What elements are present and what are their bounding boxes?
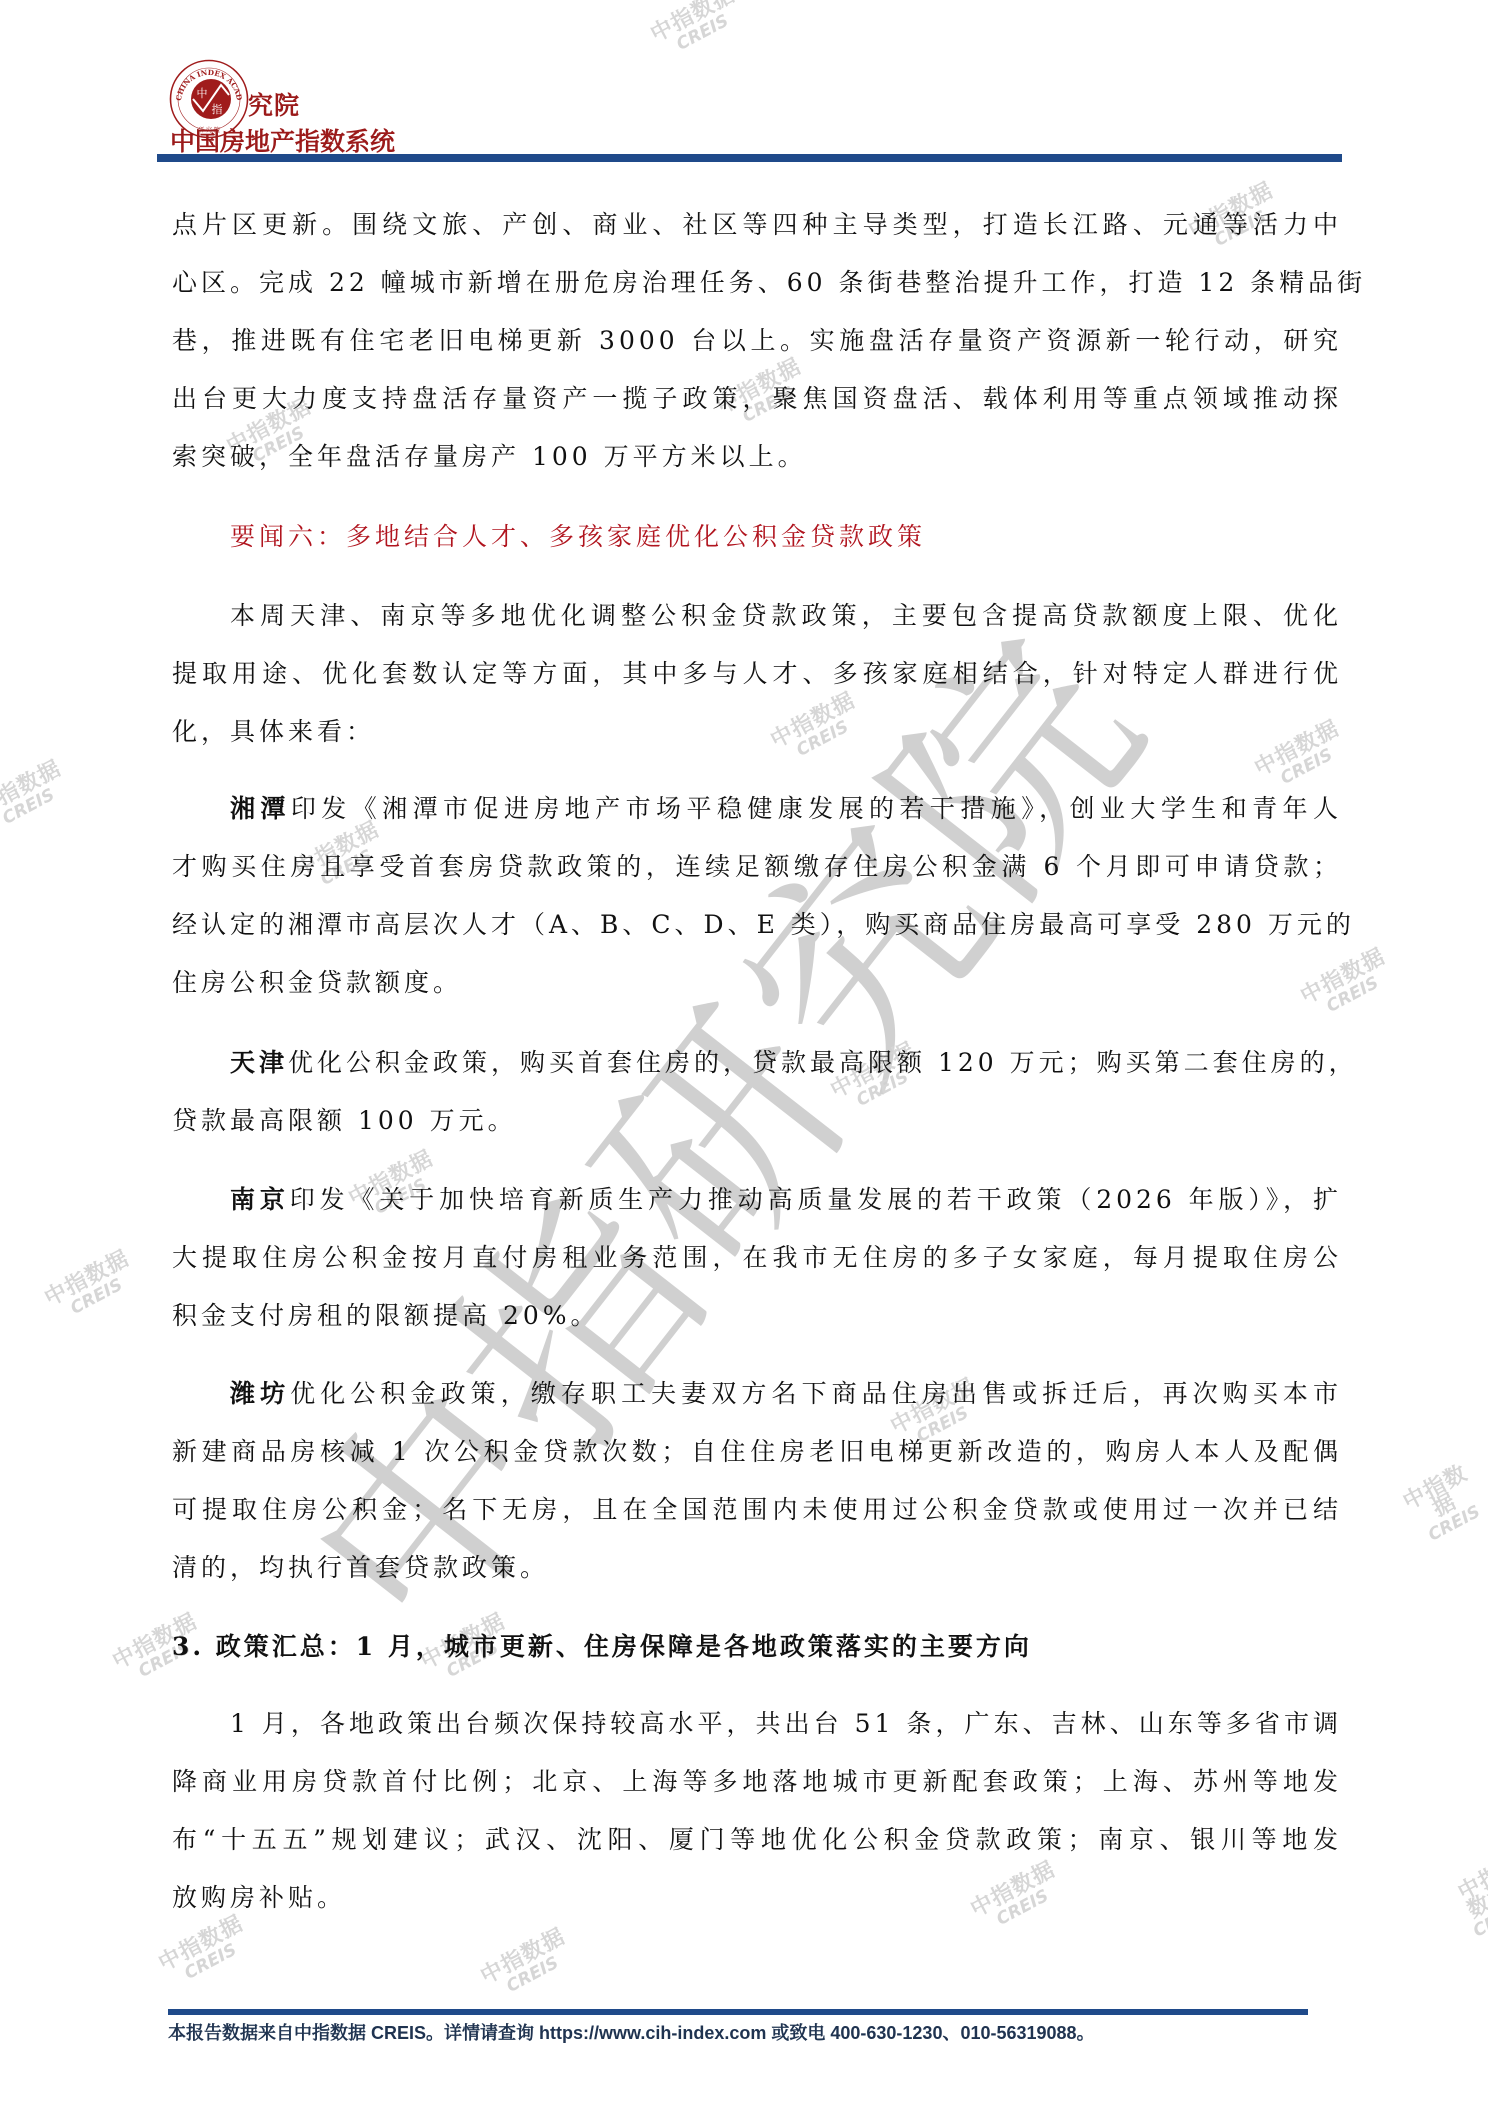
text-line: 化，具体来看： [172,703,1342,761]
city-name: 南京 [230,1185,290,1214]
text-line: 心区。完成 22 幢城市新增在册危房治理任务、60 条街巷整治提升工作，打造 1… [172,254,1342,312]
text-line: 出台更大力度支持盘活存量资产一揽子政策，聚焦国资盘活、载体利用等重点领域推动探 [172,370,1342,428]
creis-watermark: 中指数据CREIS [1451,1862,1488,1941]
text-line: 布“十五五”规划建议；武汉、沈阳、厦门等地优化公积金贷款政策；南京、银川等地发 [172,1811,1342,1869]
footer-source-note: 本报告数据来自中指数据 CREIS。详情请查询 https://www.cih-… [168,2019,1095,2045]
report-page: 中指研究院 CHINA INDEX ACADEMY 中 指 研 究 院 中国房地… [0,0,1488,2104]
section3-heading: 3. 政策汇总：1 月，城市更新、住房保障是各地政策落实的主要方向 [172,1627,1032,1667]
text-line: 清的，均执行首套贷款政策。 [172,1539,1342,1597]
text-line: 索突破，全年盘活存量房产 100 万平方米以上。 [172,428,1342,486]
creis-watermark: 中指数据CREIS [478,1927,578,2006]
creis-watermark: 中指数据CREIS [42,1249,142,1328]
system-title: 中国房地产指数系统 [170,122,395,158]
text-line: 南京印发《关于加快培育新质生产力推动高质量发展的若干政策（2026 年版）》，扩 [172,1171,1342,1229]
text-line: 积金支付房租的限额提高 20%。 [172,1287,1342,1345]
creis-watermark: 中指数据CREIS [1393,1459,1488,1552]
text-line: 湘潭印发《湘潭市促进房地产市场平稳健康发展的若干措施》，创业大学生和青年人 [172,780,1342,838]
city-name: 潍坊 [230,1379,290,1408]
news6-heading: 要闻六：多地结合人才、多孩家庭优化公积金贷款政策 [230,517,926,557]
paragraph-news6-intro: 本周天津、南京等多地优化调整公积金贷款政策，主要包含提高贷款额度上限、优化 提取… [172,587,1342,761]
text-line: 点片区更新。围绕文旅、产创、商业、社区等四种主导类型，打造长江路、元通等活力中 [172,196,1342,254]
paragraph-nanjing: 南京印发《关于加快培育新质生产力推动高质量发展的若干政策（2026 年版）》，扩… [172,1171,1342,1345]
text-line: 天津优化公积金政策，购买首套住房的，贷款最高限额 120 万元；购买第二套住房的… [172,1034,1342,1092]
text-line: 提取用途、优化套数认定等方面，其中多与人才、多孩家庭相结合，针对特定人群进行优 [172,645,1342,703]
svg-text:指: 指 [212,102,223,116]
city-name: 天津 [230,1048,288,1077]
text-line: 潍坊优化公积金政策，缴存职工夫妻双方名下商品住房出售或拆迁后，再次购买本市 [172,1365,1342,1423]
paragraph-urban-renewal: 点片区更新。围绕文旅、产创、商业、社区等四种主导类型，打造长江路、元通等活力中 … [172,196,1342,486]
text-line: 放购房补贴。 [172,1869,1342,1927]
text-line: 本周天津、南京等多地优化调整公积金贷款政策，主要包含提高贷款额度上限、优化 [172,587,1342,645]
city-name: 湘潭 [230,794,291,823]
text-line: 1 月，各地政策出台频次保持较高水平，共出台 51 条，广东、吉林、山东等多省市… [172,1695,1342,1753]
text-line: 新建商品房核减 1 次公积金贷款次数；自住住房老旧电梯更新改造的，购房人本人及配… [172,1423,1342,1481]
text-line: 贷款最高限额 100 万元。 [172,1092,1342,1150]
creis-watermark: 中指数据CREIS [0,759,74,838]
header-rule [157,154,1342,162]
paragraph-tianjin: 天津优化公积金政策，购买首套住房的，贷款最高限额 120 万元；购买第二套住房的… [172,1034,1342,1150]
paragraph-section3: 1 月，各地政策出台频次保持较高水平，共出台 51 条，广东、吉林、山东等多省市… [172,1695,1342,1927]
text-line: 住房公积金贷款额度。 [172,954,1342,1012]
svg-text:中: 中 [197,86,208,100]
paragraph-weifang: 潍坊优化公积金政策，缴存职工夫妻双方名下商品住房出售或拆迁后，再次购买本市 新建… [172,1365,1342,1597]
text-line: 大提取住房公积金按月直付房租业务范围，在我市无住房的多子女家庭，每月提取住房公 [172,1229,1342,1287]
footer-rule [168,2009,1308,2015]
text-line: 降商业用房贷款首付比例；北京、上海等多地落地城市更新配套政策；上海、苏州等地发 [172,1753,1342,1811]
creis-watermark: 中指数据CREIS [648,0,748,63]
text-line: 可提取住房公积金；名下无房，且在全国范围内未使用过公积金贷款或使用过一次并已结 [172,1481,1342,1539]
text-line: 才购买住房且享受首套房贷款政策的，连续足额缴存住房公积金满 6 个月即可申请贷款… [172,838,1342,896]
text-line: 巷，推进既有住宅老旧电梯更新 3000 台以上。实施盘活存量资产资源新一轮行动，… [172,312,1342,370]
text-line: 经认定的湘潭市高层次人才（A、B、C、D、E 类），购买商品住房最高可享受 28… [172,896,1342,954]
paragraph-xiangtan: 湘潭印发《湘潭市促进房地产市场平稳健康发展的若干措施》，创业大学生和青年人 才购… [172,780,1342,1012]
